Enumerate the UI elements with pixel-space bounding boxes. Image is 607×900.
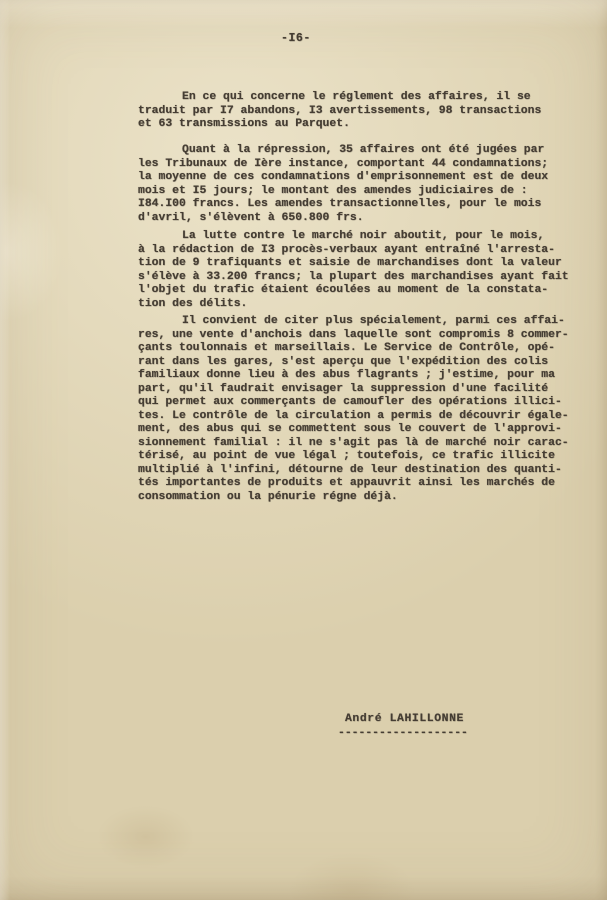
page-number: -I6- bbox=[281, 32, 311, 45]
paragraph-repression: Quant à la répression, 35 affaires ont é… bbox=[138, 144, 586, 225]
paragraph-vente-anchois: Il convient de citer plus spécialement, … bbox=[138, 315, 586, 504]
paragraph-reglement-affaires: En ce qui concerne le réglement des affa… bbox=[138, 91, 586, 132]
signature-block: André LAHILLONNE ------------------- bbox=[338, 712, 468, 740]
paragraph-lutte-marche-noir: La lutte contre le marché noir aboutit, … bbox=[138, 230, 586, 311]
scanned-document-page: -I6- En ce qui concerne le réglement des… bbox=[0, 0, 607, 900]
signature-underline: ------------------- bbox=[338, 726, 468, 741]
signature-name: André LAHILLONNE bbox=[345, 712, 468, 727]
